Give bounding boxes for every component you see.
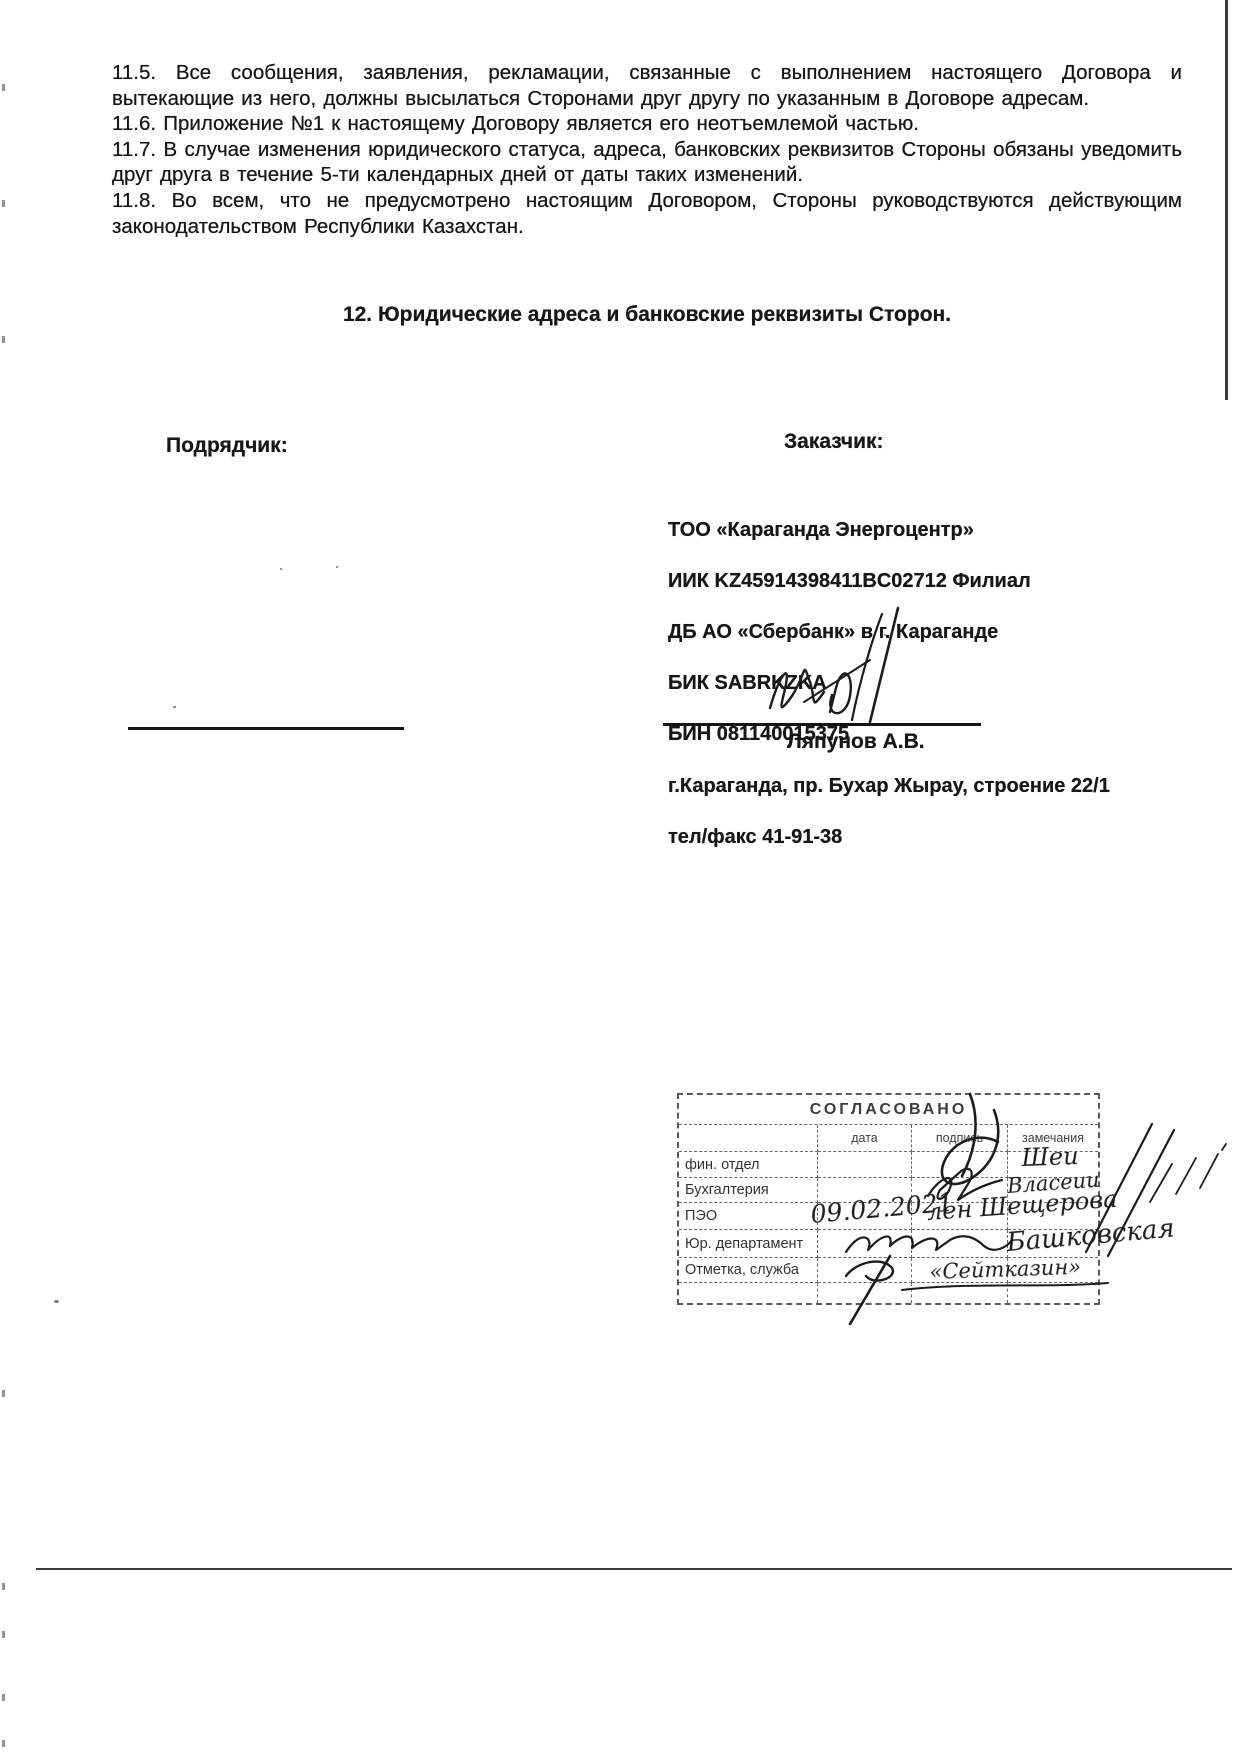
clauses-block: 11.5. Все сообщения, заявления, рекламац… bbox=[112, 60, 1182, 239]
scan-artifact-speck bbox=[280, 568, 282, 570]
scan-artifact-tick bbox=[2, 200, 5, 207]
section-12-heading: 12. Юридические адреса и банковские рекв… bbox=[112, 303, 1182, 327]
clause-11-7: 11.7. В случае изменения юридического ст… bbox=[112, 137, 1182, 188]
scan-artifact-speck bbox=[884, 634, 886, 636]
contractor-label: Подрядчик: bbox=[166, 434, 288, 458]
customer-name: ТОО «Караганда Энергоцентр» bbox=[668, 518, 1110, 544]
customer-address: г.Караганда, пр. Бухар Жырау, строение 2… bbox=[668, 774, 1110, 800]
customer-signature-line bbox=[663, 723, 981, 726]
scan-artifact-speck bbox=[54, 1300, 59, 1303]
clause-11-8: 11.8. Во всем, что не предусмотрено наст… bbox=[112, 188, 1182, 239]
scan-artifact-tick bbox=[2, 1390, 5, 1397]
scan-artifact-tick bbox=[2, 1740, 5, 1747]
customer-iik: ИИК KZ45914398411BC02712 Филиал bbox=[668, 569, 1110, 595]
scan-artifact-tick bbox=[2, 336, 5, 343]
scan-artifact-speck bbox=[173, 706, 176, 708]
scan-artifact-tick bbox=[2, 1583, 5, 1590]
clause-11-6: 11.6. Приложение №1 к настоящему Договор… bbox=[112, 111, 1182, 137]
handwritten-fin-remark: Шеи bbox=[1021, 1142, 1079, 1172]
customer-signatory-name: Ляпунов А.В. bbox=[787, 730, 925, 754]
clause-11-5: 11.5. Все сообщения, заявления, рекламац… bbox=[112, 60, 1182, 111]
customer-signature-ink bbox=[752, 598, 922, 730]
scan-artifact-speck bbox=[336, 566, 338, 568]
scan-artifact-tick bbox=[2, 1631, 5, 1638]
scan-artifact-bottom-line bbox=[36, 1568, 1232, 1570]
scanned-contract-page: 11.5. Все сообщения, заявления, рекламац… bbox=[0, 0, 1240, 1754]
scan-artifact-tick bbox=[2, 1694, 5, 1701]
scan-artifact-tick bbox=[2, 84, 5, 91]
contractor-signature-line bbox=[128, 727, 404, 730]
scan-artifact-vertical-line bbox=[1225, 0, 1228, 400]
customer-phone: тел/факс 41-91-38 bbox=[668, 825, 1110, 851]
customer-label: Заказчик: bbox=[784, 430, 884, 454]
